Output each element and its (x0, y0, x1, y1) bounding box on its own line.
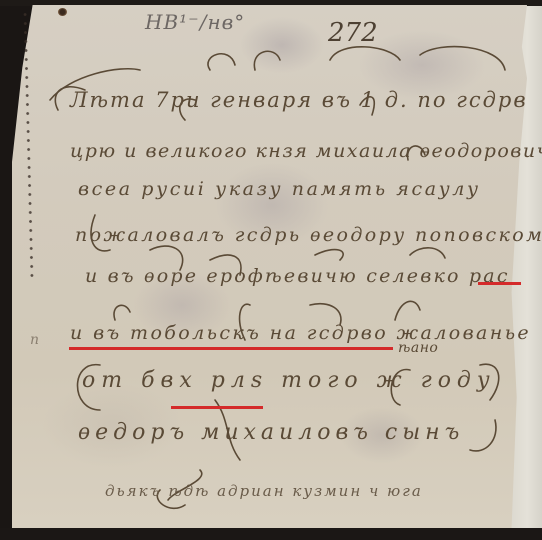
text-line-4: пожаловалъ гсдрь ѳеодору поповскому (75, 224, 542, 246)
text-line-8: ѳедоръ михаиловъ сынъ (78, 420, 464, 445)
annotation-underline-1 (478, 282, 521, 285)
text-line-5: и въ ѳоре ерофѣевичю селевко рас (85, 265, 510, 287)
margin-fragment: ѣано (398, 340, 438, 356)
text-line-3: всеа русиі указу память ясаулу (78, 178, 481, 200)
text-line-1: Лѣта 7ри генваря въ 1 д. по гсдрв (70, 88, 528, 112)
annotation-underline-2 (69, 347, 393, 350)
text-line-6: и въ тобольскъ на гсдрво жалованье (70, 322, 531, 344)
text-line-7: от бвх рлѕ того ж году (82, 368, 496, 393)
annotation-underline-3 (171, 406, 263, 409)
text-line-2: црю и великого кнзя михаила ѳеодоровича (70, 140, 542, 162)
left-margin-mark: п (30, 332, 40, 348)
text-line-9: дьякъ ѣдѣ адриан кузмин ч юга (105, 482, 423, 500)
